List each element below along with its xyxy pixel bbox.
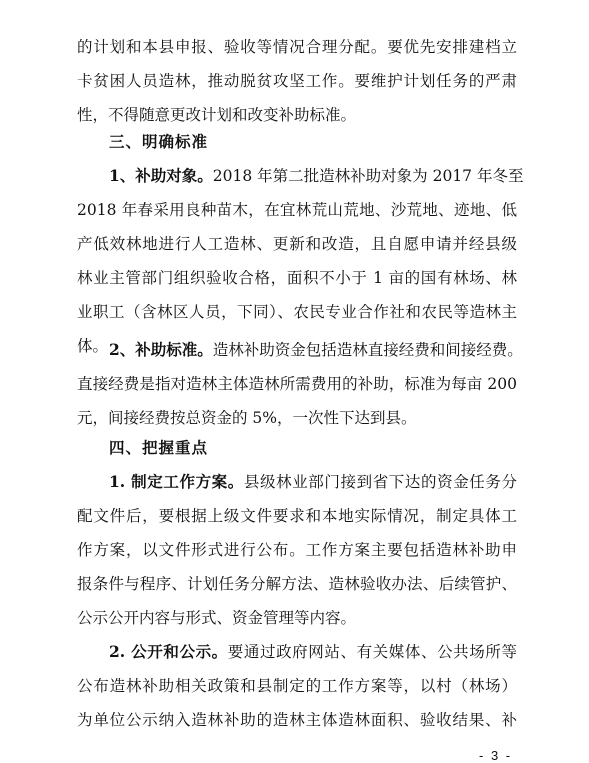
- body-line: 林业主管部门组织验收合格，面积不小于 1 亩的国有林场、林: [77, 267, 517, 289]
- page-number: - 3 -: [479, 748, 512, 763]
- body-line: 为单位公示纳入造林补助的造林主体造林面积、验收结果、补: [77, 709, 517, 731]
- document-page: 的计划和本县申报、验收等情况合理分配。要优先安排建档立 卡贫困人员造林，推动脱贫…: [0, 0, 589, 763]
- body-line: 业职工（含林区人员，下同）、农民专业合作社和农民等造林主: [77, 301, 517, 323]
- body-line: 产低效林地进行人工造林、更新和改造，且自愿申请并经县级: [77, 233, 517, 255]
- item-text: 造林补助资金包括造林直接经费和间接经费。: [213, 341, 523, 359]
- item-lead: 1. 制定工作方案。: [109, 472, 244, 491]
- paragraph-first-line: 1. 制定工作方案。县级林业部门接到省下达的资金任务分: [109, 471, 517, 493]
- body-line: 性，不得随意更改计划和改变补助标准。: [77, 104, 517, 126]
- body-line: 的计划和本县申报、验收等情况合理分配。要优先安排建档立: [77, 36, 517, 58]
- body-line: 公布造林补助相关政策和县制定的工作方案等，以村（林场）: [77, 675, 517, 697]
- body-line: 2018 年春采用良种苗木，在宜林荒山荒地、沙荒地、迹地、低: [77, 199, 517, 221]
- item-lead: 2、补助标准。: [109, 340, 213, 359]
- body-line: 直接经费是指对造林主体造林所需费用的补助，标准为每亩 200: [77, 373, 517, 395]
- body-line: 公示公开内容与形式、资金管理等内容。: [77, 607, 517, 629]
- body-line: 卡贫困人员造林，推动脱贫攻坚工作。要维护计划任务的严肃: [77, 70, 517, 92]
- section-heading-3: 三、明确标准: [109, 131, 517, 153]
- body-line: 配文件后，要根据上级文件要求和本地实际情况，制定具体工: [77, 505, 517, 527]
- body-line: 元，间接经费按总资金的 5%，一次性下达到县。: [77, 407, 517, 429]
- item-text: 县级林业部门接到省下达的资金任务分: [244, 473, 517, 491]
- item-lead: 1、补助对象。: [109, 166, 213, 185]
- item-text: 2018 年第二批造林补助对象为 2017 年冬至: [213, 167, 524, 185]
- paragraph-first-line: 2、补助标准。造林补助资金包括造林直接经费和间接经费。: [109, 339, 517, 361]
- body-line: 作方案，以文件形式进行公布。工作方案主要包括造林补助申: [77, 539, 517, 561]
- paragraph-first-line: 1、补助对象。2018 年第二批造林补助对象为 2017 年冬至: [109, 165, 517, 187]
- section-heading-4: 四、把握重点: [109, 437, 517, 459]
- body-line: 报条件与程序、计划任务分解方法、造林验收办法、后续管护、: [77, 573, 517, 595]
- item-lead: 2. 公开和公示。: [109, 642, 228, 661]
- item-text: 要通过政府网站、有关媒体、公共场所等: [228, 643, 517, 661]
- paragraph-first-line: 2. 公开和公示。要通过政府网站、有关媒体、公共场所等: [109, 641, 517, 663]
